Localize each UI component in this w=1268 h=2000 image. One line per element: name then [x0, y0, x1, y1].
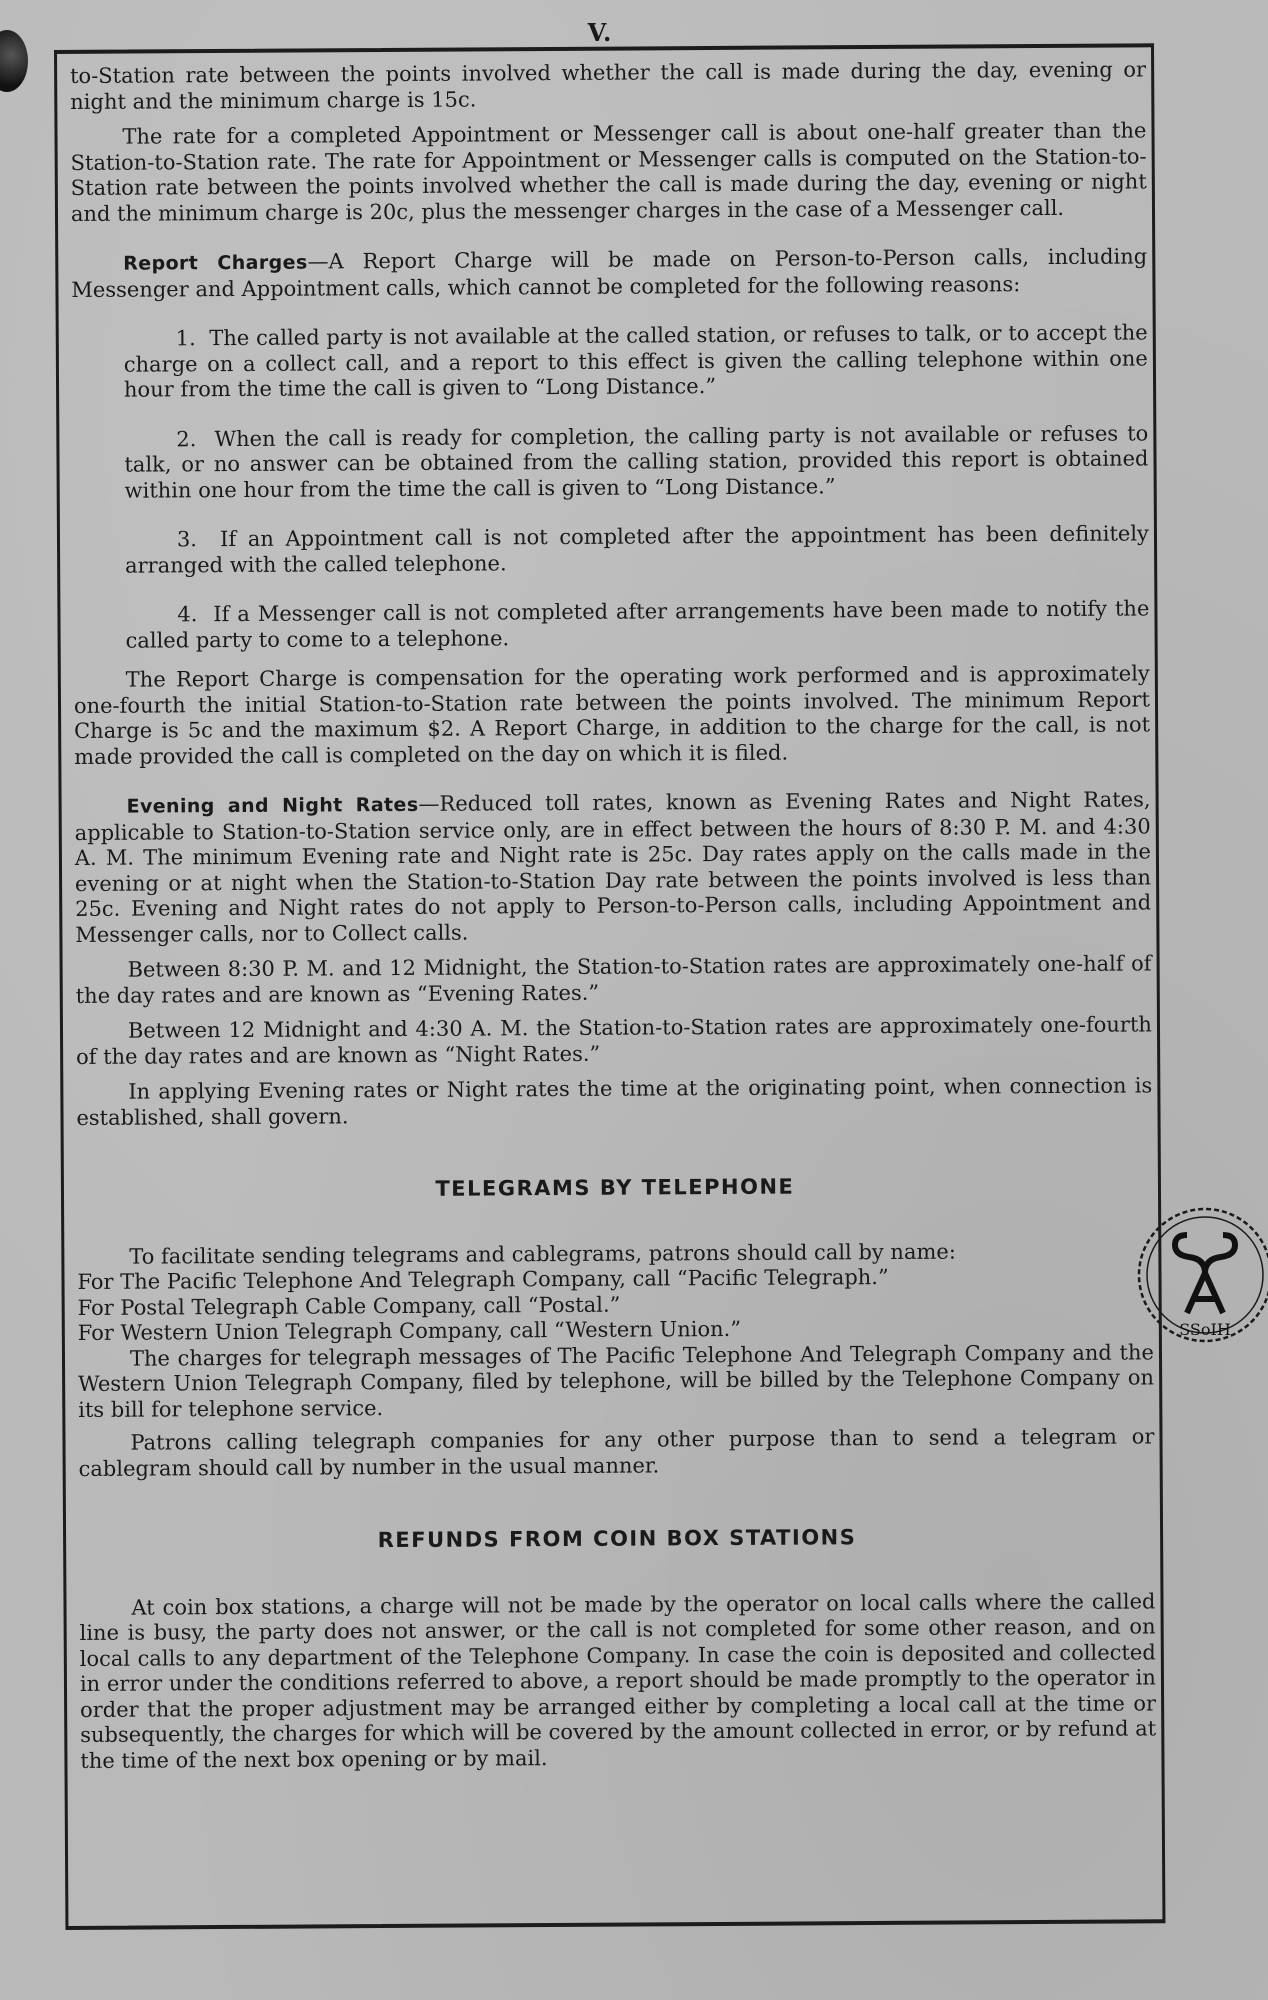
- report-reason-3: 3. If an Appointment call is not complet…: [125, 521, 1149, 578]
- telegrams-paragraph-3: Patrons calling telegraph companies for …: [78, 1424, 1154, 1482]
- page-number: V.: [0, 18, 1200, 47]
- section-title-telegrams: TELEGRAMS BY TELEPHONE: [77, 1172, 1153, 1204]
- report-charges-intro: Report Charges—A Report Charge will be m…: [71, 244, 1147, 303]
- section-title-refunds: REFUNDS FROM COIN BOX STATIONS: [79, 1523, 1155, 1555]
- intro-paragraph-2: The rate for a completed Appointment or …: [70, 118, 1147, 227]
- evening-night-paragraph-3: Between 12 Midnight and 4:30 A. M. the S…: [76, 1012, 1152, 1070]
- stamp-label: SSoIH: [1179, 1320, 1231, 1339]
- list-text: When the call is ready for completion, t…: [124, 421, 1148, 502]
- list-number: 2.: [176, 427, 196, 451]
- intro-paragraph-1: to-Station rate between the points invol…: [70, 57, 1146, 115]
- evening-night-heading: Evening and Night Rates: [126, 794, 418, 818]
- evening-night-paragraph-2: Between 8:30 P. M. and 12 Midnight, the …: [75, 951, 1151, 1009]
- list-text: If an Appointment call is not completed …: [125, 521, 1149, 577]
- ssoih-seal-stamp-icon: SSoIH: [1125, 1195, 1268, 1355]
- list-text: The called party is not available at the…: [124, 320, 1148, 401]
- evening-night-paragraph-4: In applying Evening rates or Night rates…: [76, 1073, 1152, 1131]
- document-body: to-Station rate between the points invol…: [70, 57, 1156, 1784]
- report-reason-4: 4. If a Messenger call is not completed …: [125, 596, 1149, 653]
- telegrams-paragraph-2: The charges for telegraph messages of Th…: [78, 1340, 1154, 1423]
- list-number: 3.: [177, 527, 197, 551]
- list-text: If a Messenger call is not completed aft…: [125, 596, 1149, 652]
- evening-night-paragraph-1: Evening and Night Rates—Reduced toll rat…: [74, 787, 1151, 948]
- report-charges-summary: The Report Charge is compensation for th…: [74, 661, 1151, 770]
- refunds-paragraph: At coin box stations, a charge will not …: [79, 1589, 1156, 1774]
- list-number: 1.: [176, 326, 196, 350]
- report-reason-1: 1. The called party is not available at …: [124, 320, 1148, 403]
- report-charges-heading: Report Charges: [123, 252, 308, 275]
- list-number: 4.: [177, 602, 197, 626]
- report-reason-2: 2. When the call is ready for completion…: [124, 421, 1148, 504]
